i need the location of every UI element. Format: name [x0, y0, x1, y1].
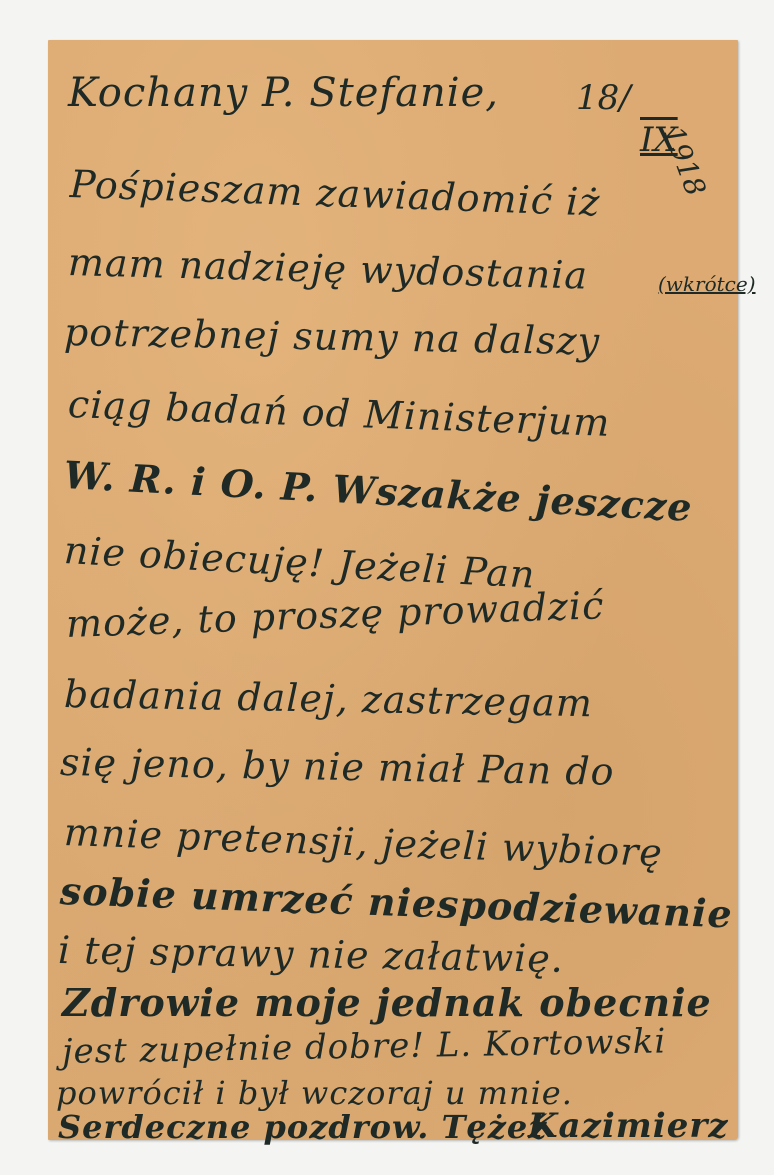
- letter-line-8: badania dalej, zastrzegam: [64, 672, 594, 725]
- date-day: 18/: [576, 78, 631, 118]
- letter-line-5: W. R. i O. P. Wszakże jeszcze: [63, 452, 694, 530]
- letter-line-6: nie obiecuję! Jeżeli Pan: [63, 528, 537, 597]
- signature: Kazimierz: [528, 1106, 729, 1146]
- letter-line-7: może, to proszę prowadzić: [65, 583, 605, 646]
- letter-line-13: Zdrowie moje jednak obecnie: [62, 980, 712, 1025]
- letter-line-1: Pośpieszam zawiadomić iż: [69, 162, 601, 224]
- inserted-word: (wkrótce): [658, 272, 756, 296]
- letter-line-10: mnie pretensji, jeżeli wybiorę: [63, 810, 663, 875]
- letter-line-4: ciąg badań od Ministerjum: [67, 382, 611, 445]
- letter-line-15: powrócił i był wczoraj u mnie.: [56, 1074, 573, 1112]
- letter-line-2: mam nadzieję wydostania: [67, 240, 588, 298]
- letter-line-9: się jeno, by nie miał Pan do: [60, 740, 615, 794]
- salutation: Kochany P. Stefanie,: [68, 70, 499, 116]
- closing-text: Serdeczne pozdrow. Tężeź: [58, 1108, 547, 1146]
- letter-line-11: sobie umrzeć niespodziewanie: [59, 868, 733, 936]
- date-year: 1918: [657, 122, 712, 200]
- letter-line-3: potrzebnej sumy na dalszy: [64, 310, 601, 363]
- postcard: Kochany P. Stefanie, 18/ IX 1918 (wkrótc…: [48, 40, 738, 1140]
- letter-line-14: jest zupełnie dobre! L. Kortowski: [62, 1021, 667, 1072]
- letter-line-12: i tej sprawy nie załatwię.: [58, 928, 565, 981]
